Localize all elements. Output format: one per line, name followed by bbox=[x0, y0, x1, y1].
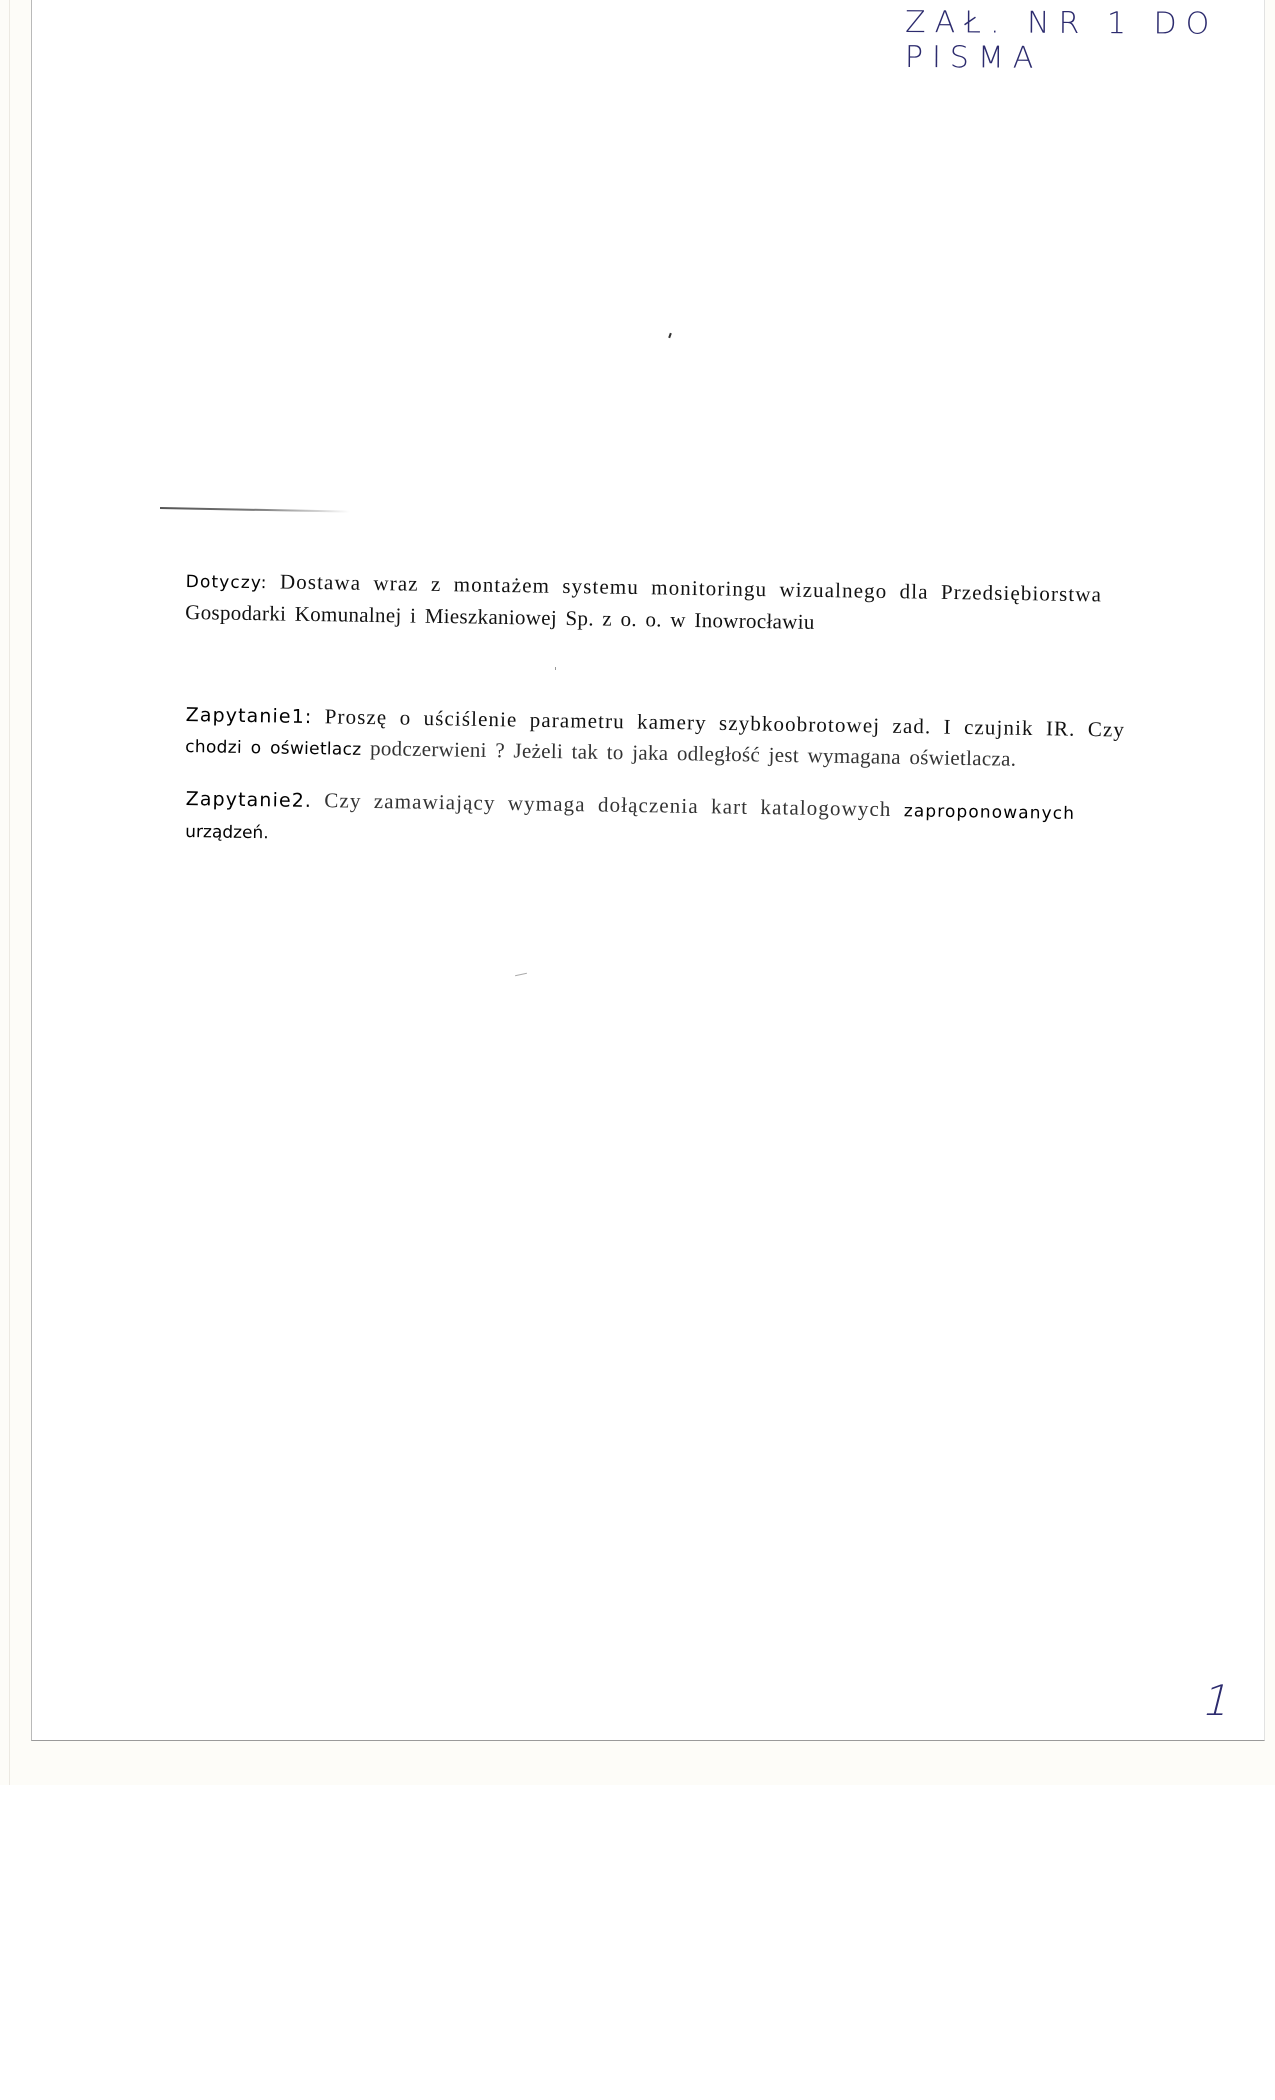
document-page bbox=[31, 0, 1265, 1741]
handwritten-attachment-note: ZAŁ. NR 1 DO PISMA bbox=[905, 5, 1275, 77]
question-1-label: Zapytanie1: bbox=[186, 704, 313, 728]
scan-edge-line bbox=[9, 0, 10, 1785]
question-1-line-2-start: chodzi o oświetlacz bbox=[185, 737, 362, 760]
subject-label: Dotyczy: bbox=[186, 572, 268, 593]
question-2-label: Zapytanie2. bbox=[186, 788, 313, 812]
question-2-line-1: Czy zamawiający wymaga dołączenia kart k… bbox=[324, 788, 891, 821]
question-1-line-2: podczerwieni ? Jeżeli tak to jaka odległ… bbox=[370, 736, 1017, 771]
scan-speck bbox=[555, 667, 556, 670]
question-2-line-2: urządzeń. bbox=[185, 822, 269, 843]
question-2-line-1-tail: zaproponowanych bbox=[904, 801, 1076, 824]
